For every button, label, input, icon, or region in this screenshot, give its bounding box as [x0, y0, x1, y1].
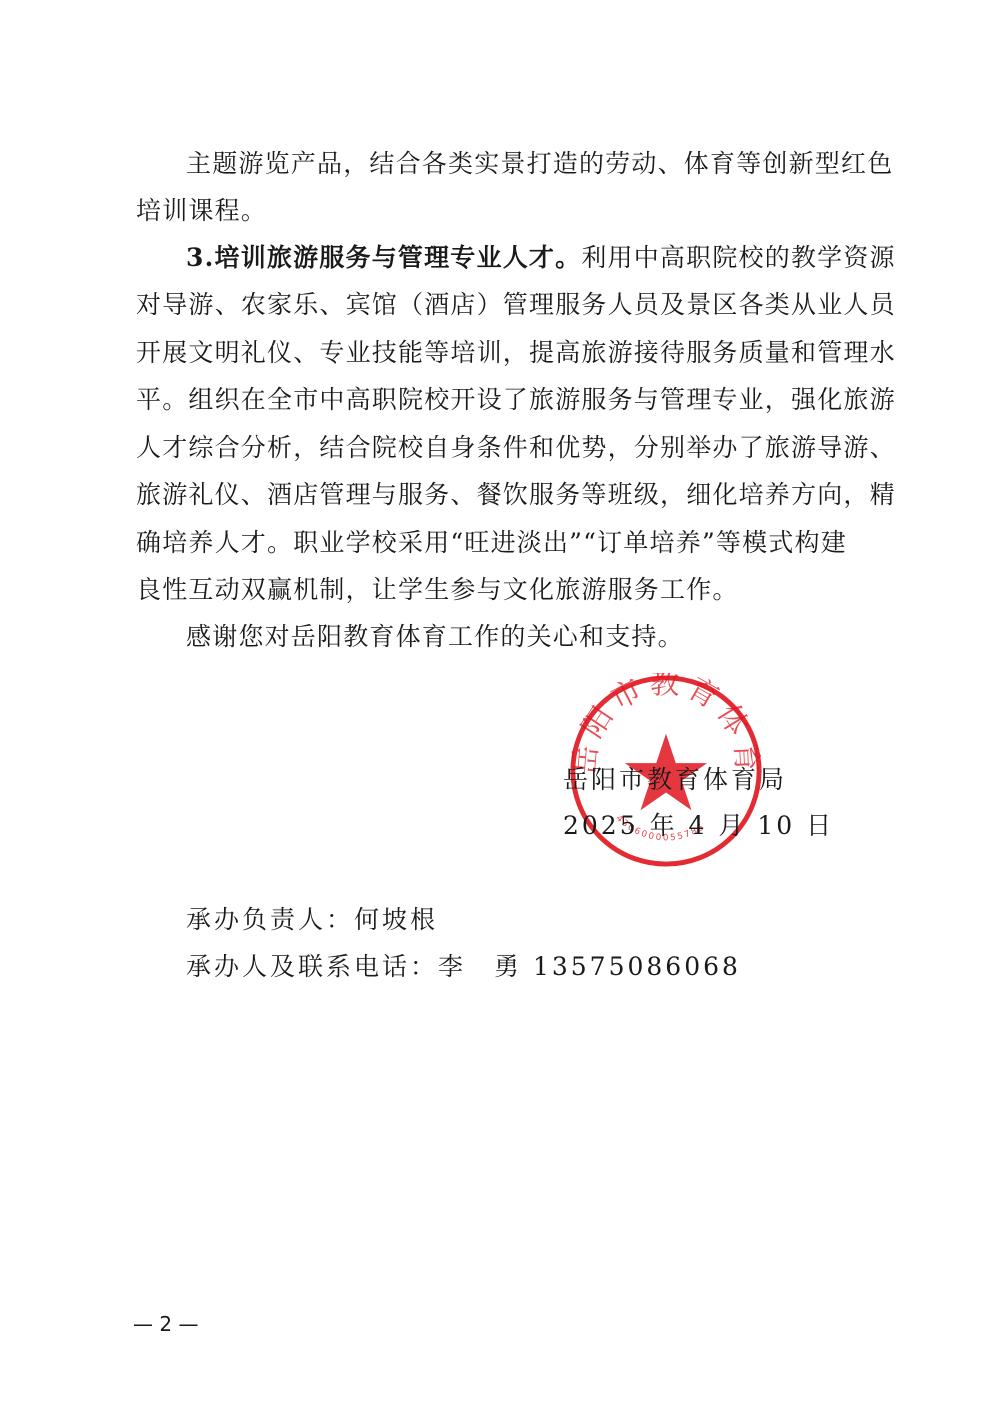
contact-handler: 承办人及联系电话：李 勇 13575086068 [186, 947, 741, 983]
paragraph-line: 旅游礼仪、酒店管理与服务、餐饮服务等班级，细化培养方向，精 [136, 480, 896, 510]
page-number: — 2 — [133, 1312, 198, 1336]
paragraph-line: 确培养人才。职业学校采用“旺进淡出”“订单培养”等模式构建 [136, 528, 847, 558]
closing-line: 感谢您对岳阳教育体育工作的关心和支持。 [186, 622, 684, 652]
paragraph-line: 平。组织在全市中高职院校开设了旅游服务与管理专业，强化旅游 [136, 385, 896, 415]
paragraph-line: 培训课程。 [136, 196, 267, 226]
paragraph-text: 利用中高职院校的教学资源 [581, 243, 895, 272]
paragraph-line-with-heading: 3.培训旅游服务与管理专业人才。利用中高职院校的教学资源 [186, 243, 896, 273]
document-page: 主题游览产品，结合各类实景打造的劳动、体育等创新型红色 培训课程。 3.培训旅游… [0, 0, 1000, 1414]
paragraph-line: 良性互动双赢机制，让学生参与文化旅游服务工作。 [136, 575, 739, 605]
section-heading: 3.培训旅游服务与管理专业人才。 [186, 243, 581, 272]
paragraph-line: 人才综合分析，结合院校自身条件和优势，分别举办了旅游导游、 [136, 433, 896, 463]
contact-responsible: 承办负责人：何坡根 [186, 900, 438, 936]
paragraph-line: 对导游、农家乐、宾馆（酒店）管理服务人员及景区各类从业人员 [136, 290, 896, 320]
paragraph-line: 开展文明礼仪、专业技能等培训，提高旅游接待服务质量和管理水 [136, 338, 896, 368]
signature-organization: 岳阳市教育体育局 [563, 760, 787, 796]
signature-date: 2025 年 4 月 10 日 [563, 806, 834, 842]
paragraph-line: 主题游览产品，结合各类实景打造的劳动、体育等创新型红色 [186, 149, 893, 179]
